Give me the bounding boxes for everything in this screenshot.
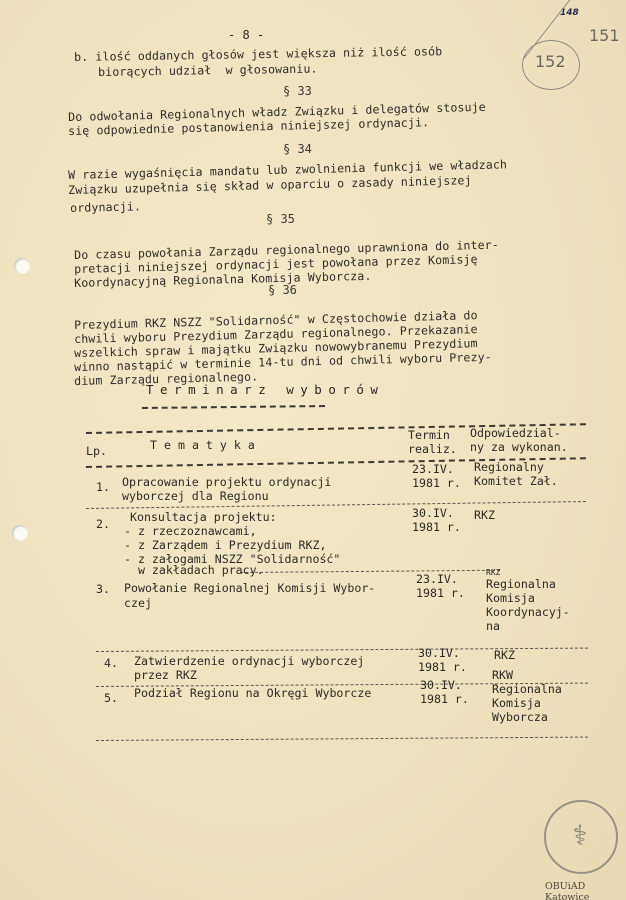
- row5-resp-4: Wyborcza: [492, 710, 548, 724]
- title-underline: [142, 405, 325, 409]
- row2-topic-1: Konsultacja projektu:: [130, 510, 277, 524]
- row3-topic-1: Powołanie Regionalnej Komisji Wybor-: [124, 581, 375, 595]
- row5-resp-2: Regionalna: [492, 682, 562, 696]
- eagle-emblem-icon: ⚕: [562, 816, 598, 856]
- row2-topic-3: - z Zarządem i Prezydium RKZ,: [124, 538, 326, 552]
- row4-topic-2: przez RKZ: [134, 668, 197, 682]
- row3-resp-4: Koordynacyj-: [486, 605, 570, 619]
- row3-date-1: 23.IV.: [416, 572, 458, 586]
- item-b-line2: biorących udział w głosowaniu.: [98, 62, 318, 79]
- archive-stamp: ⚕: [544, 800, 618, 874]
- table-bottom-rule: [96, 737, 588, 741]
- section-34-heading: § 34: [283, 142, 312, 156]
- section-35-heading: § 35: [266, 212, 295, 226]
- row1-date-2: 1981 r.: [412, 476, 461, 490]
- section-33-heading: § 33: [283, 84, 312, 98]
- stamp-caption: OBUiAD Katowice: [545, 881, 626, 900]
- row1-resp-1: Regionalny: [474, 460, 544, 474]
- row5-date-1: 30.IV.: [420, 678, 462, 692]
- pencil-note-right: 151: [589, 26, 620, 45]
- row5-resp-1: RKW: [492, 668, 513, 682]
- punch-hole-bottom: [12, 525, 28, 541]
- header-date-1: Termin: [408, 428, 450, 442]
- row5-resp-3: Komisja: [492, 696, 541, 710]
- section-36-heading: § 36: [268, 283, 297, 297]
- row3-resp-2: Regionalna: [486, 577, 556, 591]
- item-b-line1: b. ilość oddanych głosów jest większa ni…: [74, 44, 442, 64]
- section-34-line3: ordynacji.: [70, 199, 141, 215]
- row3-resp-5: na: [486, 619, 500, 633]
- row2-rule: [240, 570, 500, 573]
- row4-date-1: 30.IV.: [418, 646, 460, 660]
- row5-topic-1: Podział Regionu na Okręgi Wyborcze: [134, 686, 371, 700]
- row2-topic-5: w zakładach pracy.: [124, 563, 264, 577]
- page-number: - 8 -: [228, 28, 264, 42]
- row4-no: 4.: [104, 656, 118, 670]
- row3-date-2: 1981 r.: [416, 586, 465, 600]
- row1-topic-2: wyborczej dla Regionu: [122, 489, 269, 503]
- row1-topic-1: Opracowanie projektu ordynacji: [122, 475, 331, 489]
- row2-resp-1: RKZ: [474, 508, 495, 522]
- punch-hole-top: [14, 258, 30, 274]
- row4-resp-1: RKZ: [494, 648, 515, 662]
- header-date-2: realiz.: [408, 442, 457, 456]
- row1-date-1: 23.IV.: [412, 462, 454, 476]
- row1-no: 1.: [96, 480, 110, 494]
- header-resp-2: ny za wykonan.: [470, 440, 568, 454]
- header-no: Lp.: [86, 444, 107, 458]
- row3-no: 3.: [96, 582, 110, 596]
- row4-topic-1: Zatwierdzenie ordynacji wyborczej: [134, 654, 364, 668]
- row5-date-2: 1981 r.: [420, 692, 469, 706]
- schedule-title: Terminarz wyborów: [146, 382, 384, 397]
- row3-topic-2: czej: [124, 596, 152, 610]
- row2-no: 2.: [96, 517, 110, 531]
- row3-resp-3: Komisja: [486, 591, 535, 605]
- header-topic: Tematyka: [150, 438, 262, 452]
- row2-topic-2: - z rzeczoznawcami,: [124, 524, 257, 538]
- row2-date-1: 30.IV.: [412, 506, 454, 520]
- row2-date-2: 1981 r.: [412, 520, 461, 534]
- row5-no: 5.: [104, 691, 118, 705]
- row1-resp-2: Komitet Zał.: [474, 474, 558, 488]
- pencil-note-circled: 152: [535, 52, 566, 71]
- document-page: 148 152 151 - 8 - b. ilość oddanych głos…: [0, 0, 626, 900]
- row4-date-2: 1981 r.: [418, 660, 467, 674]
- header-resp-1: Odpowiedzial-: [470, 426, 561, 440]
